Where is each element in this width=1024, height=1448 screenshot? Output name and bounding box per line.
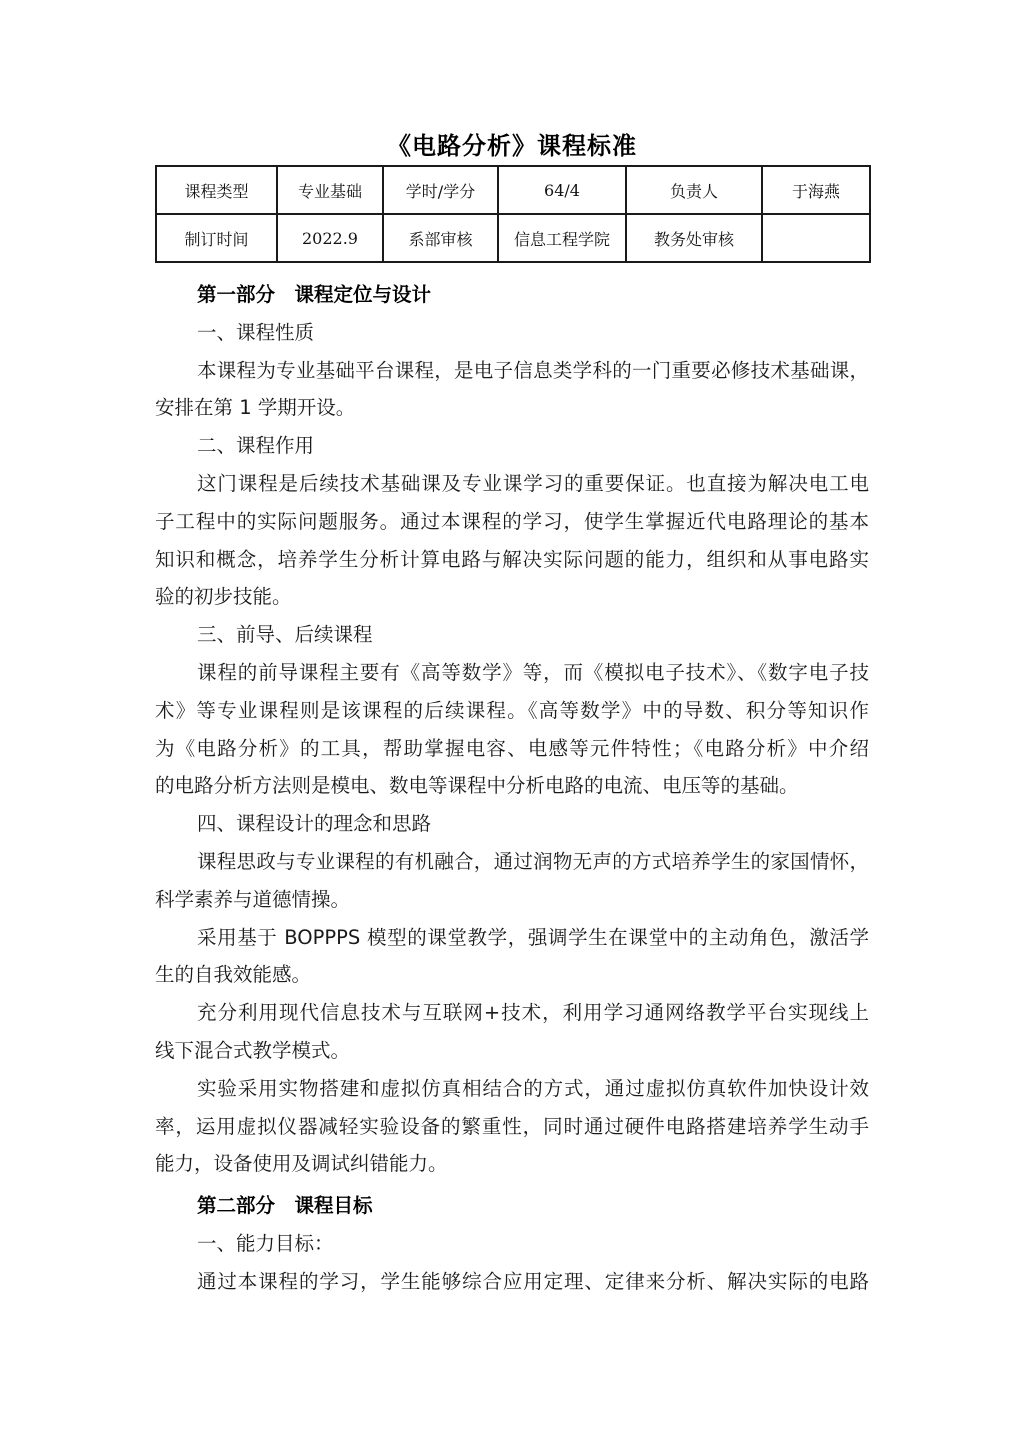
section-heading-role: 二、课程作用 — [155, 427, 869, 465]
paragraph-line: 术》等专业课程则是该课程的后续课程。《高等数学》中的导数、积分等知识作 — [155, 692, 869, 730]
paragraph-line: 课程的前导课程主要有《高等数学》等，而《模拟电子技术》、《数字电子技 — [155, 654, 869, 692]
academic-affairs-review-value — [762, 214, 870, 262]
paragraph-line: 采用基于 BOPPPS 模型的课堂教学，强调学生在课堂中的主动角色，激活学 — [155, 919, 869, 957]
owner-value: 于海燕 — [762, 166, 870, 214]
course-type-label: 课程类型 — [156, 166, 277, 214]
paragraph-line: 安排在第 1 学期开设。 — [155, 389, 869, 427]
paragraph-line: 实验采用实物搭建和虚拟仿真相结合的方式，通过虚拟仿真软件加快设计效 — [155, 1070, 869, 1108]
paragraph-line: 课程思政与专业课程的有机融合，通过润物无声的方式培养学生的家国情怀， — [155, 843, 869, 881]
document-body: 第一部分 课程定位与设计 一、课程性质 本课程为专业基础平台课程，是电子信息类学… — [155, 276, 869, 1301]
paragraph-line: 知识和概念，培养学生分析计算电路与解决实际问题的能力，组织和从事电路实 — [155, 541, 869, 579]
section-heading-design: 四、课程设计的理念和思路 — [155, 805, 869, 843]
paragraph-line: 为《电路分析》的工具，帮助掌握电容、电感等元件特性；《电路分析》中介绍 — [155, 730, 869, 768]
owner-label: 负责人 — [626, 166, 762, 214]
paragraph-line: 线下混合式教学模式。 — [155, 1032, 869, 1070]
course-info-table: 课程类型 专业基础 学时/学分 64/4 负责人 于海燕 制订时间 2022.9… — [155, 165, 871, 263]
paragraph-line: 子工程中的实际问题服务。通过本课程的学习，使学生掌握近代电路理论的基本 — [155, 503, 869, 541]
paragraph-line: 科学素养与道德情操。 — [155, 881, 869, 919]
paragraph-line: 这门课程是后续技术基础课及专业课学习的重要保证。也直接为解决电工电 — [155, 465, 869, 503]
paragraph-line: 生的自我效能感。 — [155, 956, 869, 994]
paragraph-line: 充分利用现代信息技术与互联网+技术，利用学习通网络教学平台实现线上 — [155, 994, 869, 1032]
paragraph-line: 通过本课程的学习，学生能够综合应用定理、定律来分析、解决实际的电路 — [155, 1263, 869, 1301]
paragraph-line: 率，运用虚拟仪器减轻实验设备的繁重性，同时通过硬件电路搭建培养学生动手 — [155, 1108, 869, 1146]
paragraph-line: 能力，设备使用及调试纠错能力。 — [155, 1145, 869, 1183]
paragraph-line: 验的初步技能。 — [155, 578, 869, 616]
table-row: 课程类型 专业基础 学时/学分 64/4 负责人 于海燕 — [156, 166, 870, 214]
revision-date-value: 2022.9 — [277, 214, 383, 262]
document-title: 《电路分析》课程标准 — [0, 128, 1024, 164]
hours-credits-value: 64/4 — [498, 166, 626, 214]
hours-credits-label: 学时/学分 — [383, 166, 498, 214]
department-review-value: 信息工程学院 — [498, 214, 626, 262]
part1-heading: 第一部分 课程定位与设计 — [155, 276, 869, 314]
revision-date-label: 制订时间 — [156, 214, 277, 262]
document-page: 《电路分析》课程标准 课程类型 专业基础 学时/学分 64/4 负责人 于海燕 … — [0, 0, 1024, 1448]
section-heading-nature: 一、课程性质 — [155, 314, 869, 352]
part2-heading: 第二部分 课程目标 — [155, 1187, 869, 1225]
academic-affairs-review-label: 教务处审核 — [626, 214, 762, 262]
table-row: 制订时间 2022.9 系部审核 信息工程学院 教务处审核 — [156, 214, 870, 262]
department-review-label: 系部审核 — [383, 214, 498, 262]
section-heading-ability-goals: 一、能力目标： — [155, 1225, 869, 1263]
paragraph-line: 的电路分析方法则是模电、数电等课程中分析电路的电流、电压等的基础。 — [155, 767, 869, 805]
paragraph-line: 本课程为专业基础平台课程，是电子信息类学科的一门重要必修技术基础课， — [155, 352, 869, 390]
section-heading-prereq: 三、前导、后续课程 — [155, 616, 869, 654]
course-type-value: 专业基础 — [277, 166, 383, 214]
